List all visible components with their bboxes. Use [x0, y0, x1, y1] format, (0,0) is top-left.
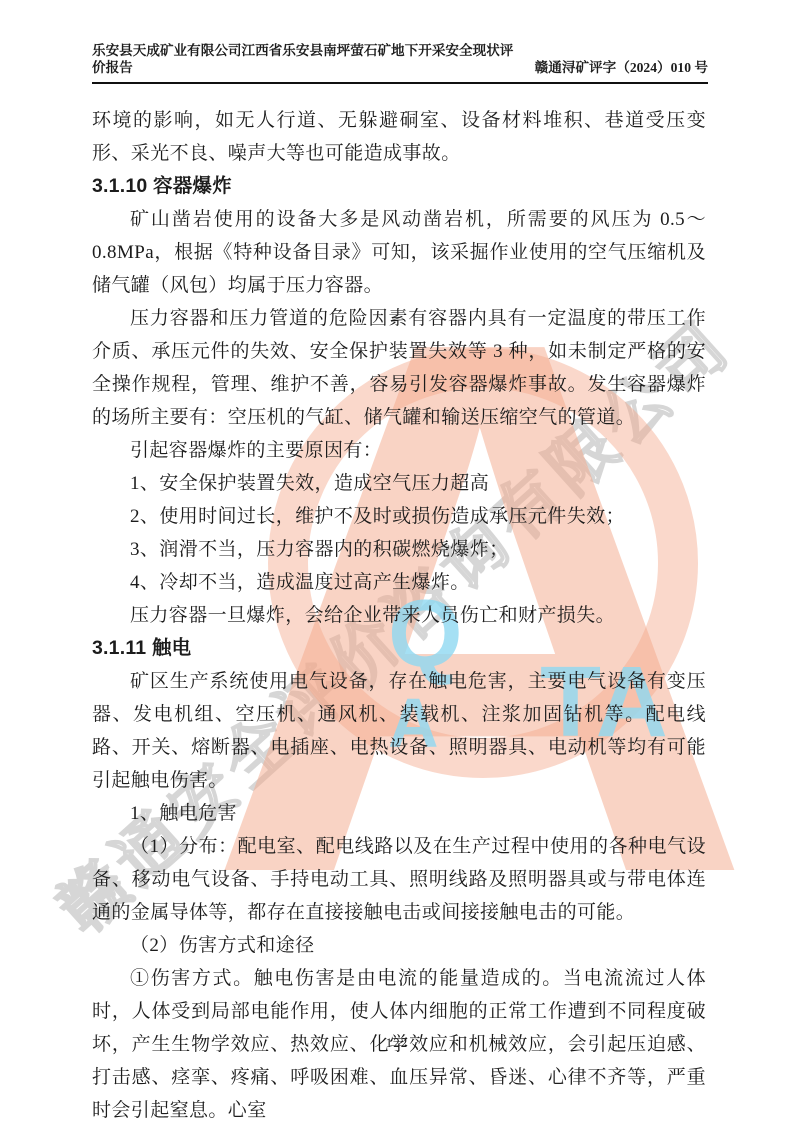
- paragraph-explosion-consequence: 压力容器一旦爆炸，会给企业带来人员伤亡和财产损失。: [92, 599, 706, 632]
- paragraph-injury-mode-title: （2）伤害方式和途径: [92, 929, 706, 962]
- paragraph-environment-continuation: 环境的影响，如无人行道、无躲避硐室、设备材料堆积、巷道受压变形、采光不良、噪声大…: [92, 104, 706, 170]
- page-footer: 122: [0, 1035, 794, 1051]
- header-report-title: 乐安县天成矿业有限公司江西省乐安县南坪萤石矿地下开采安全现状评价报告: [92, 43, 523, 77]
- list-item-cause-4: 4、冷却不当，造成温度过高产生爆炸。: [92, 566, 706, 599]
- document-page: 赣通安全评价咨询有限公司 A Q TA A 乐安县天成矿业有限公司江西省乐安县南…: [0, 0, 794, 1122]
- paragraph-shock-distribution: （1）分布：配电室、配电线路以及在生产过程中使用的各种电气设备、移动电气设备、手…: [92, 830, 706, 929]
- paragraph-explosion-causes-intro: 引起容器爆炸的主要原因有：: [92, 434, 706, 467]
- paragraph-drill-equipment: 矿山凿岩使用的设备大多是风动凿岩机，所需要的风压为 0.5～0.8MPa，根据《…: [92, 203, 706, 302]
- paragraph-shock-hazard-title: 1、触电危害: [92, 797, 706, 830]
- paragraph-pressure-vessel-hazards: 压力容器和压力管道的危险因素有容器内具有一定温度的带压工作介质、承压元件的失效、…: [92, 302, 706, 434]
- list-item-cause-3: 3、润滑不当，压力容器内的积碳燃烧爆炸；: [92, 533, 706, 566]
- header-doc-number: 赣通浔矿评字（2024）010 号: [535, 60, 708, 77]
- list-item-cause-2: 2、使用时间过长，维护不及时或损伤造成承压元件失效；: [92, 500, 706, 533]
- list-item-cause-1: 1、安全保护装置失效，造成空气压力超高: [92, 467, 706, 500]
- document-content: 环境的影响，如无人行道、无躲避硐室、设备材料堆积、巷道受压变形、采光不良、噪声大…: [92, 104, 706, 1122]
- page-number: 122: [386, 1035, 409, 1050]
- heading-3-1-10-container-explosion: 3.1.10 容器爆炸: [92, 170, 706, 203]
- paragraph-electric-equipment: 矿区生产系统使用电气设备，存在触电危害，主要电气设备有变压器、发电机组、空压机、…: [92, 665, 706, 797]
- heading-3-1-11-electric-shock: 3.1.11 触电: [92, 632, 706, 665]
- page-header: 乐安县天成矿业有限公司江西省乐安县南坪萤石矿地下开采安全现状评价报告 赣通浔矿评…: [92, 0, 708, 84]
